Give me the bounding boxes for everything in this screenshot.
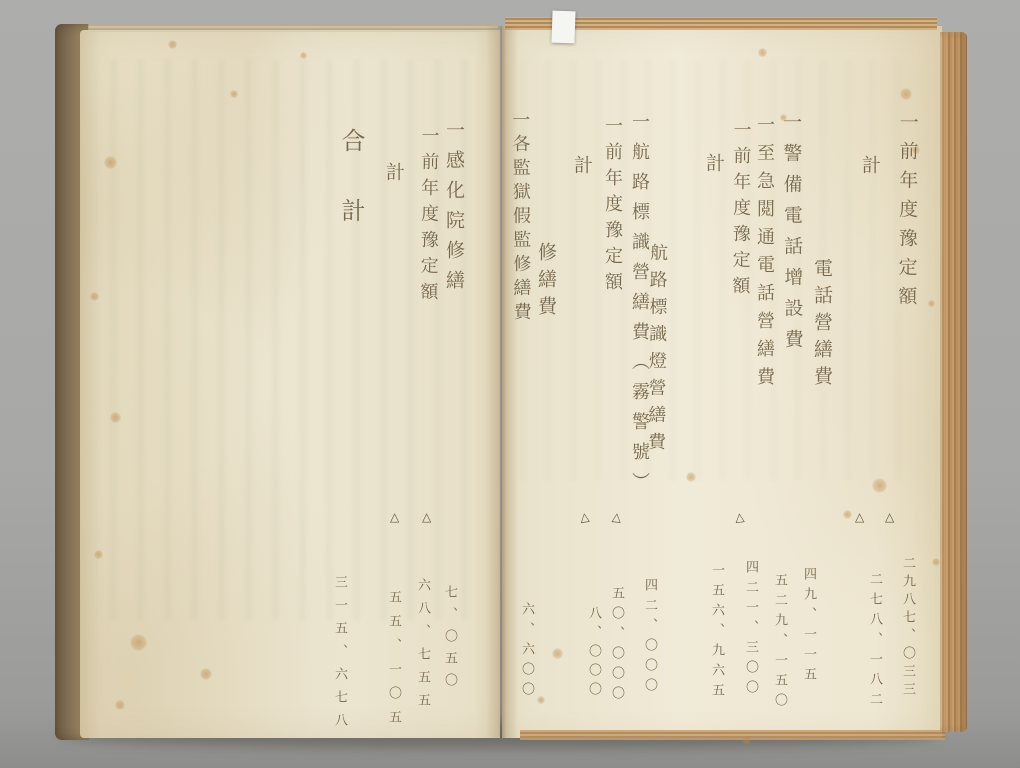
- age-spot: [200, 668, 212, 680]
- book-photo: 一前年度豫定額 計 電話營繕費 一警備電話增設費 一至急閲通電話營繕費 一前年度…: [0, 0, 1020, 768]
- age-spot: [104, 156, 117, 169]
- column-beacon-repairs-fog-signal: 一航路標識營繕費（霧警號）: [626, 112, 652, 502]
- amount-subtotal-1: 二七八、一八二: [865, 572, 884, 712]
- page-stack-bottom-edge: [520, 730, 945, 740]
- amount-prev-year-budget-2: 四二一、三〇〇: [741, 560, 760, 700]
- age-spot: [686, 472, 696, 482]
- triangle-mark: △: [855, 510, 864, 524]
- triangle-mark: △: [885, 510, 894, 524]
- column-prison-temp-ward-repairs: 一各監獄假監修繕費: [506, 110, 534, 326]
- amount-prev-year-budget-1: 二九八七、〇三三: [898, 556, 917, 700]
- amount-prev-year-budget-3: 五〇、〇〇〇: [607, 586, 626, 706]
- age-spot: [230, 90, 238, 98]
- age-spot: [758, 48, 767, 57]
- column-subtotal-3: 計: [569, 155, 596, 174]
- column-prev-year-budget-2: 一前年度豫定額: [726, 120, 753, 302]
- age-spot: [110, 412, 121, 423]
- age-spot: [552, 648, 563, 659]
- amount-guard-telephone-expansion: 四九、一一五: [799, 567, 818, 687]
- amount-urgent-telephone-repairs: 五二九、一五〇: [770, 573, 789, 713]
- column-prev-year-budget-1: 一前年度豫定額: [893, 112, 922, 315]
- page-stack-fore-edge: [940, 32, 967, 732]
- heading-repairs: 修繕費: [533, 242, 560, 323]
- amount-prison-temp-ward-repairs: 六、六〇〇: [517, 602, 536, 702]
- amount-subtotal-2: 一五六、九六五: [707, 563, 726, 703]
- column-grand-total: 合計: [334, 128, 369, 268]
- column-urgent-telephone-repairs: 一至急閲通電話營繕費: [751, 115, 777, 395]
- page-stack-top-edge-left: [88, 24, 498, 32]
- triangle-mark: △: [422, 510, 431, 524]
- column-guard-telephone-expansion: 一警備電話增設費: [778, 112, 807, 360]
- age-spot: [115, 700, 125, 710]
- age-spot: [932, 558, 940, 566]
- column-subtotal-4: 計: [381, 162, 408, 181]
- age-spot: [742, 736, 751, 745]
- triangle-mark: △: [611, 510, 622, 525]
- column-reformatory-repairs: 一感化院修繕: [441, 120, 468, 300]
- column-prev-year-budget-3: 一前年度豫定額: [599, 116, 625, 298]
- amount-beacon-repairs-fog-signal: 四二、〇〇〇: [640, 578, 659, 698]
- triangle-mark: △: [579, 509, 590, 524]
- age-spot: [537, 696, 545, 704]
- amount-grand-total: 三一五、六七八: [330, 575, 349, 736]
- amount-reformatory-repairs: 七、〇五〇: [440, 585, 459, 695]
- age-spot: [872, 478, 887, 493]
- column-prev-year-budget-4: 一前年度豫定額: [414, 126, 441, 308]
- age-spot: [843, 510, 852, 519]
- age-spot: [168, 40, 177, 49]
- paper-slip-tab: [551, 11, 575, 44]
- age-spot: [300, 52, 307, 59]
- amount-prev-year-budget-4: 六八、七五五: [413, 578, 432, 716]
- heading-telephone-repairs: 電話營繕費: [809, 258, 836, 393]
- age-spot: [130, 634, 147, 651]
- amount-subtotal-4: 五五、一〇五: [384, 590, 403, 734]
- column-subtotal-1: 計: [857, 155, 884, 174]
- column-subtotal-2: 計: [701, 153, 728, 172]
- triangle-mark: △: [734, 510, 745, 525]
- triangle-mark: △: [390, 510, 399, 524]
- age-spot: [90, 292, 99, 301]
- amount-subtotal-3: 八、〇〇〇: [584, 606, 603, 701]
- age-spot: [900, 88, 912, 100]
- ink-showthrough-right: [520, 60, 910, 480]
- age-spot: [928, 300, 935, 307]
- age-spot: [94, 550, 103, 559]
